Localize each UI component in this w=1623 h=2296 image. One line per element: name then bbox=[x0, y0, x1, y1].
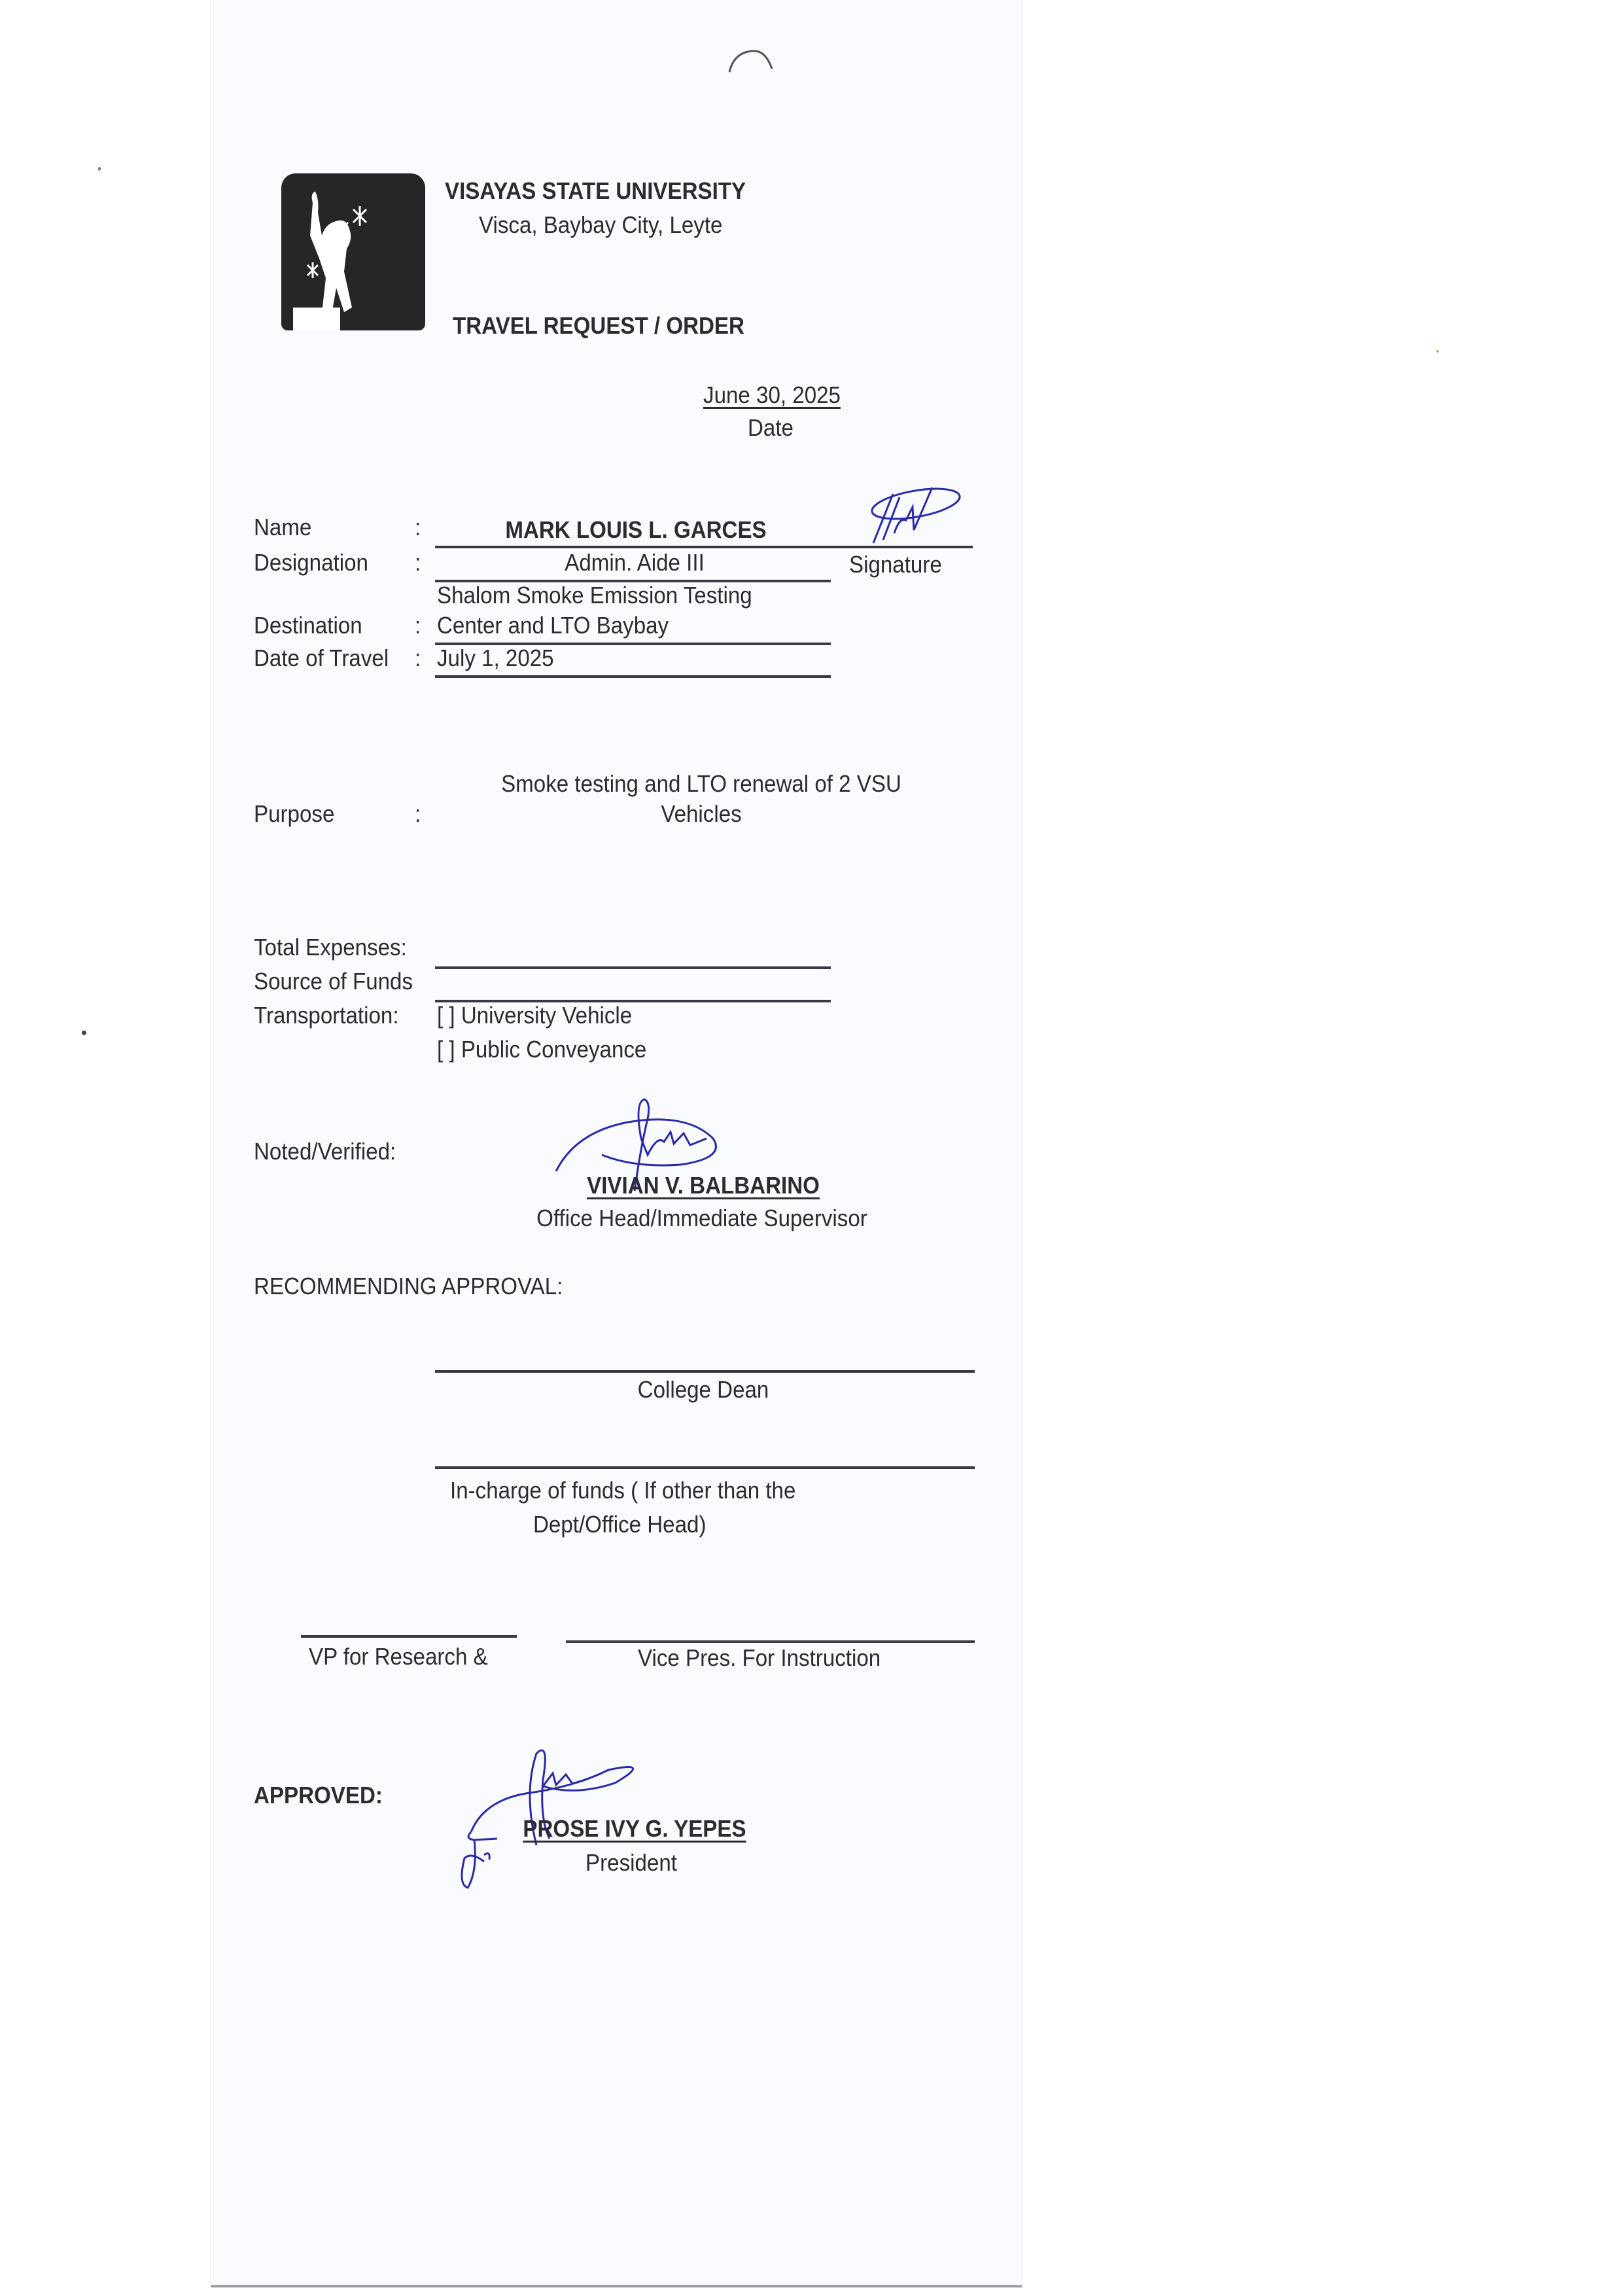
checkbox-public-conveyance[interactable]: [ ] bbox=[437, 1036, 455, 1063]
university-logo bbox=[281, 173, 425, 330]
signature-label: Signature bbox=[849, 552, 942, 578]
in-charge-funds-label-line1: In-charge of funds ( If other than the bbox=[450, 1477, 795, 1504]
source-of-funds-label: Source of Funds bbox=[254, 968, 413, 995]
option-label: Public Conveyance bbox=[461, 1036, 647, 1063]
college-dean-label: College Dean bbox=[638, 1377, 769, 1403]
vp-research-label: VP for Research & bbox=[309, 1644, 488, 1670]
logo-figure-icon bbox=[281, 173, 425, 330]
transport-option-public-conveyance[interactable]: [ ] Public Conveyance bbox=[437, 1036, 646, 1063]
in-charge-funds-signature-line bbox=[435, 1466, 975, 1469]
college-dean-signature-line bbox=[435, 1370, 975, 1373]
requester-signature bbox=[854, 481, 971, 553]
name-label: Name bbox=[254, 514, 311, 540]
name-colon: : bbox=[415, 514, 421, 540]
noted-verified-label: Noted/Verified: bbox=[254, 1139, 396, 1165]
institution-address: Visca, Baybay City, Leyte bbox=[479, 212, 722, 238]
vp-research-signature-line bbox=[301, 1635, 517, 1638]
destination-colon: : bbox=[415, 612, 421, 639]
designation-label: Designation bbox=[254, 550, 368, 576]
total-expenses-underline bbox=[435, 966, 831, 969]
paper-mark-icon bbox=[726, 46, 778, 79]
supervisor-title: Office Head/Immediate Supervisor bbox=[536, 1205, 867, 1231]
name-field[interactable]: MARK LOUIS L. GARCES bbox=[505, 517, 766, 543]
in-charge-funds-label-line2: Dept/Office Head) bbox=[533, 1511, 706, 1538]
purpose-label: Purpose bbox=[254, 801, 334, 827]
president-name: PROSE IVY G. YEPES bbox=[523, 1816, 746, 1842]
president-title: President bbox=[585, 1850, 677, 1876]
option-label: University Vehicle bbox=[461, 1002, 632, 1029]
checkbox-university-vehicle[interactable]: [ ] bbox=[437, 1002, 455, 1029]
transport-option-university-vehicle[interactable]: [ ] University Vehicle bbox=[437, 1002, 632, 1029]
purpose-field-line2[interactable]: Vehicles bbox=[661, 801, 741, 827]
destination-label: Destination bbox=[254, 612, 362, 639]
supervisor-name: VIVIAN V. BALBARINO bbox=[587, 1173, 820, 1199]
transportation-label: Transportation: bbox=[254, 1002, 399, 1029]
purpose-colon: : bbox=[415, 801, 421, 827]
destination-field-line1[interactable]: Shalom Smoke Emission Testing bbox=[437, 582, 752, 609]
date-value: June 30, 2025 bbox=[703, 382, 841, 408]
destination-field-line2[interactable]: Center and LTO Baybay bbox=[437, 612, 669, 639]
institution-name: VISAYAS STATE UNIVERSITY bbox=[445, 178, 746, 204]
total-expenses-label: Total Expenses: bbox=[254, 934, 407, 961]
date-of-travel-colon: : bbox=[415, 645, 421, 671]
date-of-travel-field[interactable]: July 1, 2025 bbox=[437, 645, 554, 671]
recommending-approval-label: RECOMMENDING APPROVAL: bbox=[254, 1273, 563, 1299]
approved-label: APPROVED: bbox=[254, 1782, 383, 1809]
date-of-travel-label: Date of Travel bbox=[254, 645, 389, 671]
scan-speck bbox=[1436, 350, 1439, 353]
vp-instruction-signature-line bbox=[566, 1640, 975, 1643]
form-title: TRAVEL REQUEST / ORDER bbox=[453, 313, 744, 339]
scan-speck bbox=[82, 1031, 86, 1035]
designation-field[interactable]: Admin. Aide III bbox=[565, 550, 705, 576]
date-label: Date bbox=[748, 415, 794, 441]
purpose-field-line1[interactable]: Smoke testing and LTO renewal of 2 VSU bbox=[501, 771, 901, 797]
vp-instruction-label: Vice Pres. For Instruction bbox=[638, 1645, 881, 1671]
date-of-travel-underline bbox=[435, 675, 831, 678]
scan-speck bbox=[98, 167, 101, 171]
designation-colon: : bbox=[415, 550, 421, 576]
